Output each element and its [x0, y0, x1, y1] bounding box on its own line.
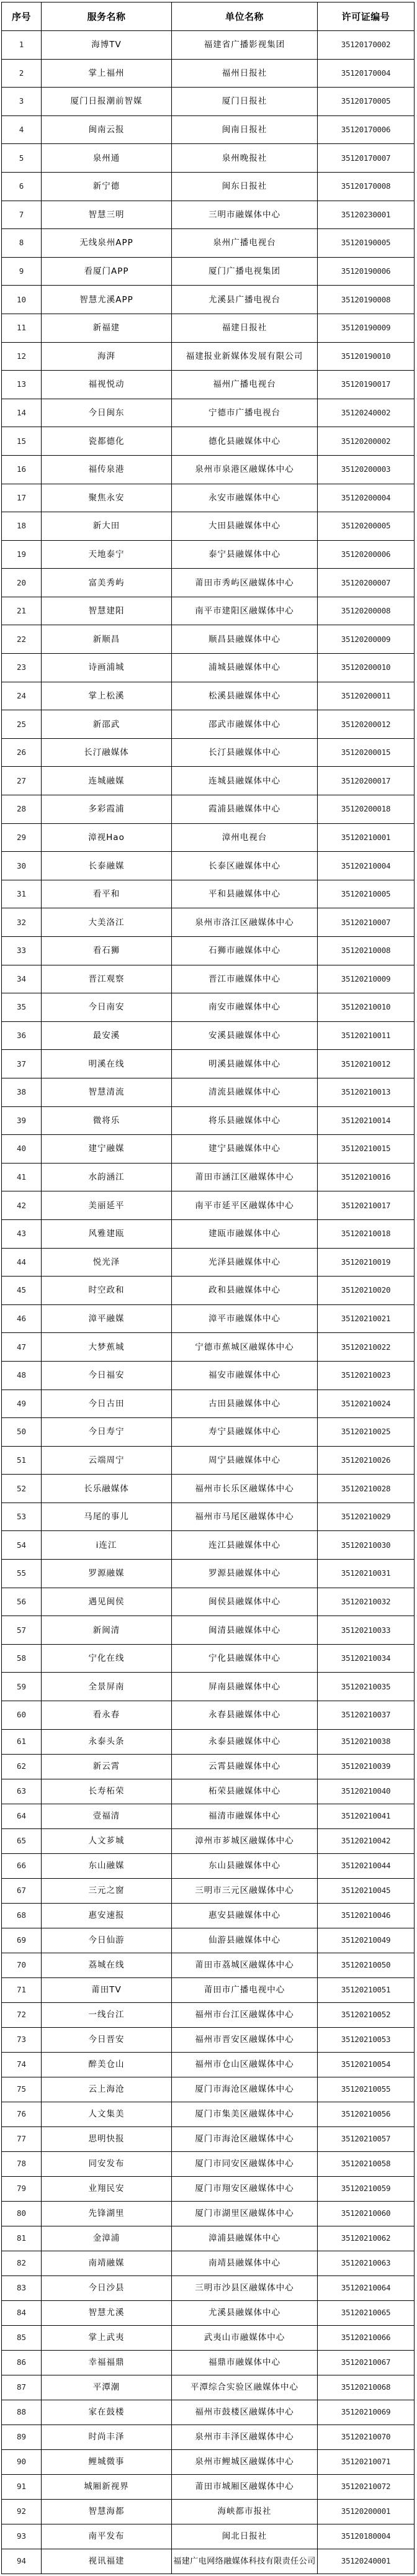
row-license-number: 35120210056 — [318, 2102, 415, 2126]
row-organization-name: 屏南县融媒体中心 — [172, 1673, 318, 1701]
row-index: 37 — [2, 1050, 42, 1078]
row-organization-name: 永泰县融媒体中心 — [172, 1729, 318, 1754]
row-organization-name: 武夷山市融媒体中心 — [172, 2325, 318, 2350]
row-service-name: 大美洛江 — [42, 908, 172, 937]
row-service-name: 今日闽东 — [42, 399, 172, 427]
row-license-number: 35120210065 — [318, 2300, 415, 2325]
table-row: 46漳平融媒漳平市融媒体中心35120210021 — [2, 1304, 415, 1333]
table-row: 45时空政和政和县融媒体中心35120210020 — [2, 1277, 415, 1305]
row-license-number: 35120210069 — [318, 2400, 415, 2425]
row-index: 63 — [2, 1779, 42, 1804]
row-service-name: 一线台江 — [42, 2002, 172, 2027]
row-license-number: 35120210021 — [318, 1304, 415, 1333]
table-row: 4闽南云报闽南日报社35120170006 — [2, 115, 415, 144]
row-license-number: 35120240001 — [318, 2549, 415, 2574]
row-service-name: 大梦蕉城 — [42, 1333, 172, 1362]
table-row: 92智慧海都海峡都市报社35120200001 — [2, 2499, 415, 2524]
table-row: 9看厦门APP厦门广播电视集团35120190006 — [2, 257, 415, 286]
row-license-number: 35120170002 — [318, 31, 415, 60]
row-license-number: 35120210007 — [318, 908, 415, 937]
row-service-name: 无线泉州APP — [42, 229, 172, 258]
row-license-number: 35120210017 — [318, 1191, 415, 1220]
row-index: 32 — [2, 908, 42, 937]
row-license-number: 35120210025 — [318, 1418, 415, 1447]
row-license-number: 35120210062 — [318, 2226, 415, 2251]
row-index: 73 — [2, 2027, 42, 2052]
row-organization-name: 莆田市广播电视中心 — [172, 1977, 318, 2002]
row-organization-name: 闽南日报社 — [172, 115, 318, 144]
row-organization-name: 南靖县融媒体中心 — [172, 2251, 318, 2275]
row-license-number: 35120200011 — [318, 682, 415, 710]
row-license-number: 35120240002 — [318, 399, 415, 427]
table-row: 71莆田TV莆田市广播电视中心35120210051 — [2, 1977, 415, 2002]
row-organization-name: 邵武市融媒体中心 — [172, 710, 318, 739]
row-license-number: 35120200018 — [318, 795, 415, 824]
row-organization-name: 泉州市鲤城区融媒体中心 — [172, 2449, 318, 2474]
row-index: 69 — [2, 1928, 42, 1953]
row-service-name: 富美秀屿 — [42, 569, 172, 597]
row-license-number: 35120210031 — [318, 1560, 415, 1588]
row-index: 85 — [2, 2325, 42, 2350]
row-license-number: 35120210015 — [318, 1135, 415, 1164]
table-row: 54i连江连江县融媒体中心35120210030 — [2, 1531, 415, 1560]
row-index: 92 — [2, 2499, 42, 2524]
row-service-name: 看平和 — [42, 880, 172, 908]
row-license-number: 35120210052 — [318, 2002, 415, 2027]
row-index: 55 — [2, 1560, 42, 1588]
row-service-name: 今日寿宁 — [42, 1418, 172, 1447]
row-organization-name: 莆田市荔城区融媒体中心 — [172, 1953, 318, 1977]
row-organization-name: 福建报业新媒体发展有限公司 — [172, 342, 318, 371]
table-row: 21智慧建阳南平市建阳区融媒体中心35120200008 — [2, 597, 415, 625]
row-service-name: 福传泉港 — [42, 455, 172, 484]
row-service-name: 云上海沧 — [42, 2077, 172, 2102]
row-organization-name: 连江县融媒体中心 — [172, 1531, 318, 1560]
row-organization-name: 福清市融媒体中心 — [172, 1804, 318, 1828]
license-table: 序号 服务名称 单位名称 许可证编号 1海博TV福建省广播影视集团3512017… — [1, 2, 415, 2574]
row-license-number: 35120200005 — [318, 512, 415, 541]
row-service-name: 三元之窗 — [42, 1878, 172, 1903]
row-index: 59 — [2, 1673, 42, 1701]
row-organization-name: 三明市融媒体中心 — [172, 201, 318, 229]
row-organization-name: 福建省广播影视集团 — [172, 31, 318, 60]
row-license-number: 35120210010 — [318, 993, 415, 1022]
row-service-name: 明溪在线 — [42, 1050, 172, 1078]
row-service-name: 今日晋安 — [42, 2027, 172, 2052]
row-license-number: 35120180004 — [318, 2524, 415, 2549]
row-license-number: 35120210029 — [318, 1503, 415, 1531]
row-license-number: 35120200001 — [318, 2499, 415, 2524]
row-organization-name: 福州市马尾区融媒体中心 — [172, 1503, 318, 1531]
row-organization-name: 松溪县融媒体中心 — [172, 682, 318, 710]
row-index: 38 — [2, 1078, 42, 1106]
row-license-number: 35120210059 — [318, 2176, 415, 2201]
row-service-name: 今日沙县 — [42, 2275, 172, 2300]
row-index: 21 — [2, 597, 42, 625]
row-service-name: 永泰头条 — [42, 1729, 172, 1754]
row-index: 5 — [2, 144, 42, 173]
row-index: 42 — [2, 1191, 42, 1220]
table-row: 14今日闽东宁德市广播电视台35120240002 — [2, 399, 415, 427]
row-license-number: 35120210023 — [318, 1361, 415, 1390]
row-organization-name: 三明市沙县区融媒体中心 — [172, 2275, 318, 2300]
table-row: 66东山融媒东山县融媒体中心35120210044 — [2, 1853, 415, 1878]
row-organization-name: 安溪县融媒体中心 — [172, 1021, 318, 1050]
row-license-number: 35120210001 — [318, 823, 415, 852]
row-license-number: 35120210057 — [318, 2126, 415, 2151]
row-index: 50 — [2, 1418, 42, 1447]
row-service-name: 平潭潮 — [42, 2375, 172, 2400]
table-row: 84智慧尤溪尤溪县融媒体中心35120210065 — [2, 2300, 415, 2325]
table-row: 75云上海沧厦门市海沧区融媒体中心35120210055 — [2, 2077, 415, 2102]
table-row: 60看永春永春县融媒体中心35120210037 — [2, 1701, 415, 1730]
table-row: 58宁化在线宁化县融媒体中心35120210034 — [2, 1644, 415, 1673]
row-organization-name: 泉州市泉港区融媒体中心 — [172, 455, 318, 484]
row-license-number: 35120210055 — [318, 2077, 415, 2102]
row-organization-name: 漳平市融媒体中心 — [172, 1304, 318, 1333]
table-row: 85掌上武夷武夷山市融媒体中心35120210066 — [2, 2325, 415, 2350]
row-organization-name: 泉州晚报社 — [172, 144, 318, 173]
row-service-name: 醉美仓山 — [42, 2052, 172, 2077]
row-index: 77 — [2, 2126, 42, 2151]
row-index: 12 — [2, 342, 42, 371]
table-row: 25新邵武邵武市融媒体中心35120200012 — [2, 710, 415, 739]
row-license-number: 35120200010 — [318, 654, 415, 682]
row-license-number: 35120210032 — [318, 1588, 415, 1616]
row-index: 53 — [2, 1503, 42, 1531]
table-row: 55罗源融媒罗源县融媒体中心35120210031 — [2, 1560, 415, 1588]
table-row: 77思明快报厦门市海沧区融媒体中心35120210057 — [2, 2126, 415, 2151]
row-license-number: 35120210005 — [318, 880, 415, 908]
row-organization-name: 长汀县融媒体中心 — [172, 738, 318, 767]
row-license-number: 35120200006 — [318, 540, 415, 569]
row-organization-name: 平和县融媒体中心 — [172, 880, 318, 908]
table-row: 38智慧清流清流县融媒体中心35120210013 — [2, 1078, 415, 1106]
table-row: 83今日沙县三明市沙县区融媒体中心35120210064 — [2, 2275, 415, 2300]
header-service-name: 服务名称 — [42, 2, 172, 31]
row-service-name: 看厦门APP — [42, 257, 172, 286]
row-license-number: 35120190005 — [318, 229, 415, 258]
row-service-name: 智慧三明 — [42, 201, 172, 229]
row-organization-name: 霞浦县融媒体中心 — [172, 795, 318, 824]
row-license-number: 35120210041 — [318, 1804, 415, 1828]
table-row: 8无线泉州APP泉州广播电视台35120190005 — [2, 229, 415, 258]
row-organization-name: 寿宁县融媒体中心 — [172, 1418, 318, 1447]
row-organization-name: 平潭综合实验区融媒体中心 — [172, 2375, 318, 2400]
table-row: 79业翔民安厦门市翔安区融媒体中心35120210059 — [2, 2176, 415, 2201]
row-service-name: 人文芗城 — [42, 1828, 172, 1853]
row-service-name: 海博TV — [42, 31, 172, 60]
row-organization-name: 石狮市融媒体中心 — [172, 937, 318, 965]
table-row: 30长泰融媒长泰区融媒体中心35120210004 — [2, 852, 415, 880]
row-index: 60 — [2, 1701, 42, 1730]
row-organization-name: 福州市长乐区融媒体中心 — [172, 1475, 318, 1503]
row-license-number: 35120190006 — [318, 257, 415, 286]
table-row: 33看石狮石狮市融媒体中心35120210008 — [2, 937, 415, 965]
row-index: 43 — [2, 1219, 42, 1248]
row-service-name: 最安溪 — [42, 1021, 172, 1050]
table-row: 53马尾的事儿福州市马尾区融媒体中心35120210029 — [2, 1503, 415, 1531]
row-license-number: 35120210060 — [318, 2201, 415, 2226]
row-organization-name: 莆田市秀屿区融媒体中心 — [172, 569, 318, 597]
row-service-name: 福视悦动 — [42, 371, 172, 399]
row-index: 64 — [2, 1804, 42, 1828]
row-organization-name: 闽北日报社 — [172, 2524, 318, 2549]
row-organization-name: 泉州广播电视台 — [172, 229, 318, 258]
table-row: 40建宁融媒建宁县融媒体中心35120210015 — [2, 1135, 415, 1164]
row-index: 47 — [2, 1333, 42, 1362]
row-index: 6 — [2, 172, 42, 201]
table-row: 37明溪在线明溪县融媒体中心35120210012 — [2, 1050, 415, 1078]
row-index: 93 — [2, 2524, 42, 2549]
table-row: 76人文集美厦门市集美区融媒体中心35120210056 — [2, 2102, 415, 2126]
row-organization-name: 漳浦县融媒体中心 — [172, 2226, 318, 2251]
row-index: 89 — [2, 2425, 42, 2449]
row-index: 44 — [2, 1248, 42, 1277]
row-index: 82 — [2, 2251, 42, 2275]
row-organization-name: 厦门日报社 — [172, 88, 318, 116]
table-row: 68惠安速报惠安县融媒体中心35120210046 — [2, 1903, 415, 1928]
row-license-number: 35120210038 — [318, 1729, 415, 1754]
row-index: 40 — [2, 1135, 42, 1164]
row-service-name: 同安发布 — [42, 2151, 172, 2176]
row-service-name: 罗源融媒 — [42, 1560, 172, 1588]
header-organization-name: 单位名称 — [172, 2, 318, 31]
row-index: 76 — [2, 2102, 42, 2126]
row-license-number: 35120210045 — [318, 1878, 415, 1903]
table-row: 50今日寿宁寿宁县融媒体中心35120210025 — [2, 1418, 415, 1447]
table-row: 64壹福清福清市融媒体中心35120210041 — [2, 1804, 415, 1828]
row-service-name: 东山融媒 — [42, 1853, 172, 1878]
row-index: 11 — [2, 314, 42, 342]
row-index: 70 — [2, 1953, 42, 1977]
row-service-name: 城厢新视界 — [42, 2474, 172, 2499]
row-organization-name: 闽东日报社 — [172, 172, 318, 201]
row-organization-name: 永春县融媒体中心 — [172, 1701, 318, 1730]
row-organization-name: 南平市建阳区融媒体中心 — [172, 597, 318, 625]
row-index: 66 — [2, 1853, 42, 1878]
row-index: 36 — [2, 1021, 42, 1050]
row-index: 39 — [2, 1106, 42, 1135]
row-organization-name: 明溪县融媒体中心 — [172, 1050, 318, 1078]
row-license-number: 35120210063 — [318, 2251, 415, 2275]
row-index: 68 — [2, 1903, 42, 1928]
row-service-name: 荔城在线 — [42, 1953, 172, 1977]
row-service-name: 惠安速报 — [42, 1903, 172, 1928]
table-row: 1海博TV福建省广播影视集团35120170002 — [2, 31, 415, 60]
row-license-number: 35120200007 — [318, 569, 415, 597]
row-license-number: 35120210024 — [318, 1390, 415, 1418]
row-service-name: 宁化在线 — [42, 1644, 172, 1673]
row-license-number: 35120210046 — [318, 1903, 415, 1928]
row-organization-name: 宁化县融媒体中心 — [172, 1644, 318, 1673]
row-organization-name: 南平市延平区融媒体中心 — [172, 1191, 318, 1220]
row-index: 61 — [2, 1729, 42, 1754]
table-row: 91城厢新视界莆田市城厢区融媒体中心35120210072 — [2, 2474, 415, 2499]
row-index: 7 — [2, 201, 42, 229]
row-index: 67 — [2, 1878, 42, 1903]
row-index: 72 — [2, 2002, 42, 2027]
row-index: 35 — [2, 993, 42, 1022]
table-row: 61永泰头条永泰县融媒体中心35120210038 — [2, 1729, 415, 1754]
row-organization-name: 罗源县融媒体中心 — [172, 1560, 318, 1588]
row-service-name: 今日古田 — [42, 1390, 172, 1418]
row-organization-name: 莆田市涵江区融媒体中心 — [172, 1163, 318, 1191]
row-service-name: 思明快报 — [42, 2126, 172, 2151]
row-license-number: 35120210068 — [318, 2375, 415, 2400]
row-license-number: 35120210013 — [318, 1078, 415, 1106]
row-license-number: 35120210004 — [318, 852, 415, 880]
row-service-name: 漳视Hao — [42, 823, 172, 852]
row-license-number: 35120200015 — [318, 738, 415, 767]
row-license-number: 35120210053 — [318, 2027, 415, 2052]
row-index: 28 — [2, 795, 42, 824]
row-index: 14 — [2, 399, 42, 427]
row-organization-name: 闽侯县融媒体中心 — [172, 1588, 318, 1616]
row-organization-name: 南安市融媒体中心 — [172, 993, 318, 1022]
row-license-number: 35120210058 — [318, 2151, 415, 2176]
table-row: 35今日南安南安市融媒体中心35120210010 — [2, 993, 415, 1022]
table-row: 12海湃福建报业新媒体发展有限公司35120190010 — [2, 342, 415, 371]
row-service-name: 微将乐 — [42, 1106, 172, 1135]
table-row: 62新云霄云霄县融媒体中心35120210039 — [2, 1754, 415, 1779]
row-index: 58 — [2, 1644, 42, 1673]
row-organization-name: 宁德市广播电视台 — [172, 399, 318, 427]
row-service-name: 智慧清流 — [42, 1078, 172, 1106]
row-index: 90 — [2, 2449, 42, 2474]
row-service-name: 诗画浦城 — [42, 654, 172, 682]
row-organization-name: 惠安县融媒体中心 — [172, 1903, 318, 1928]
table-row: 26长汀融媒体长汀县融媒体中心35120200015 — [2, 738, 415, 767]
row-index: 25 — [2, 710, 42, 739]
row-organization-name: 晋江市融媒体中心 — [172, 965, 318, 993]
table-row: 74醉美仓山福州市仓山区融媒体中心35120210054 — [2, 2052, 415, 2077]
table-row: 31看平和平和县融媒体中心35120210005 — [2, 880, 415, 908]
row-service-name: 今日福安 — [42, 1361, 172, 1390]
row-organization-name: 漳州市芗城区融媒体中心 — [172, 1828, 318, 1853]
row-index: 30 — [2, 852, 42, 880]
row-index: 9 — [2, 257, 42, 286]
row-service-name: 悦光泽 — [42, 1248, 172, 1277]
row-index: 29 — [2, 823, 42, 852]
table-row: 88家在鼓楼福州市鼓楼区融媒体中心35120210069 — [2, 2400, 415, 2425]
row-index: 75 — [2, 2077, 42, 2102]
table-row: 81金漳浦漳浦县融媒体中心35120210062 — [2, 2226, 415, 2251]
table-row: 19天地泰宁泰宁县融媒体中心35120200006 — [2, 540, 415, 569]
row-index: 54 — [2, 1531, 42, 1560]
row-service-name: 今日仙游 — [42, 1928, 172, 1953]
row-service-name: 看永春 — [42, 1701, 172, 1730]
row-index: 18 — [2, 512, 42, 541]
row-index: 16 — [2, 455, 42, 484]
row-license-number: 35120210030 — [318, 1531, 415, 1560]
row-service-name: 鲤城微事 — [42, 2449, 172, 2474]
table-row: 2掌上福州福州日报社35120170004 — [2, 59, 415, 88]
row-index: 88 — [2, 2400, 42, 2425]
row-service-name: 壹福清 — [42, 1804, 172, 1828]
row-organization-name: 厦门市湖里区融媒体中心 — [172, 2201, 318, 2226]
row-index: 74 — [2, 2052, 42, 2077]
row-license-number: 35120210066 — [318, 2325, 415, 2350]
table-row: 69今日仙游仙游县融媒体中心35120210049 — [2, 1928, 415, 1953]
row-index: 33 — [2, 937, 42, 965]
row-organization-name: 莆田市城厢区融媒体中心 — [172, 2474, 318, 2499]
header-license-number: 许可证编号 — [318, 2, 415, 31]
row-index: 22 — [2, 625, 42, 654]
table-row: 23诗画浦城浦城县融媒体中心35120200010 — [2, 654, 415, 682]
row-license-number: 35120210034 — [318, 1644, 415, 1673]
row-index: 4 — [2, 115, 42, 144]
row-organization-name: 福州市仓山区融媒体中心 — [172, 2052, 318, 2077]
row-organization-name: 福州广播电视台 — [172, 371, 318, 399]
table-row: 65人文芗城漳州市芗城区融媒体中心35120210042 — [2, 1828, 415, 1853]
row-organization-name: 漳州电视台 — [172, 823, 318, 852]
row-index: 31 — [2, 880, 42, 908]
row-service-name: 人文集美 — [42, 2102, 172, 2126]
row-license-number: 35120210071 — [318, 2449, 415, 2474]
row-service-name: 南平发布 — [42, 2524, 172, 2549]
row-index: 20 — [2, 569, 42, 597]
table-row: 13福视悦动福州广播电视台35120190017 — [2, 371, 415, 399]
row-license-number: 35120210039 — [318, 1754, 415, 1779]
table-row: 3厦门日报潮前智媒厦门日报社35120170005 — [2, 88, 415, 116]
row-license-number: 35120210026 — [318, 1446, 415, 1475]
row-organization-name: 大田县融媒体中心 — [172, 512, 318, 541]
row-organization-name: 建宁县融媒体中心 — [172, 1135, 318, 1164]
row-license-number: 35120200002 — [318, 427, 415, 456]
row-organization-name: 海峡都市报社 — [172, 2499, 318, 2524]
table-row: 78同安发布厦门市同安区融媒体中心35120210058 — [2, 2151, 415, 2176]
row-service-name: 海湃 — [42, 342, 172, 371]
row-index: 51 — [2, 1446, 42, 1475]
row-service-name: 看石狮 — [42, 937, 172, 965]
table-row: 49今日古田古田县融媒体中心35120210024 — [2, 1390, 415, 1418]
row-license-number: 35120210008 — [318, 937, 415, 965]
row-service-name: 掌上武夷 — [42, 2325, 172, 2350]
row-service-name: 多彩霞浦 — [42, 795, 172, 824]
table-row: 36最安溪安溪县融媒体中心35120210011 — [2, 1021, 415, 1050]
row-organization-name: 三明市三元区融媒体中心 — [172, 1878, 318, 1903]
row-index: 10 — [2, 286, 42, 314]
row-index: 56 — [2, 1588, 42, 1616]
row-license-number: 35120210049 — [318, 1928, 415, 1953]
row-organization-name: 清流县融媒体中心 — [172, 1078, 318, 1106]
row-organization-name: 仙游县融媒体中心 — [172, 1928, 318, 1953]
row-service-name: 厦门日报潮前智媒 — [42, 88, 172, 116]
table-row: 11新福建福建日报社35120190009 — [2, 314, 415, 342]
row-license-number: 35120210035 — [318, 1673, 415, 1701]
table-row: 27连城融媒连城县融媒体中心35120200017 — [2, 767, 415, 795]
row-index: 34 — [2, 965, 42, 993]
row-license-number: 35120210070 — [318, 2425, 415, 2449]
row-service-name: 连城融媒 — [42, 767, 172, 795]
row-license-number: 35120210022 — [318, 1333, 415, 1362]
row-license-number: 35120170004 — [318, 59, 415, 88]
row-service-name: 智慧海都 — [42, 2499, 172, 2524]
row-service-name: 幸福福鼎 — [42, 2350, 172, 2375]
table-row: 82南靖融媒南靖县融媒体中心35120210063 — [2, 2251, 415, 2275]
table-body: 1海博TV福建省广播影视集团351201700022掌上福州福州日报社35120… — [2, 31, 415, 2574]
row-index: 71 — [2, 1977, 42, 2002]
row-service-name: 金漳浦 — [42, 2226, 172, 2251]
table-row: 22新顺昌顺昌县融媒体中心35120200009 — [2, 625, 415, 654]
table-row: 89时尚丰泽泉州市丰泽区融媒体中心35120210070 — [2, 2425, 415, 2449]
row-service-name: 聚焦永安 — [42, 484, 172, 512]
row-organization-name: 古田县融媒体中心 — [172, 1390, 318, 1418]
row-service-name: 闽南云报 — [42, 115, 172, 144]
row-index: 1 — [2, 31, 42, 60]
row-service-name: 智慧尤溪APP — [42, 286, 172, 314]
